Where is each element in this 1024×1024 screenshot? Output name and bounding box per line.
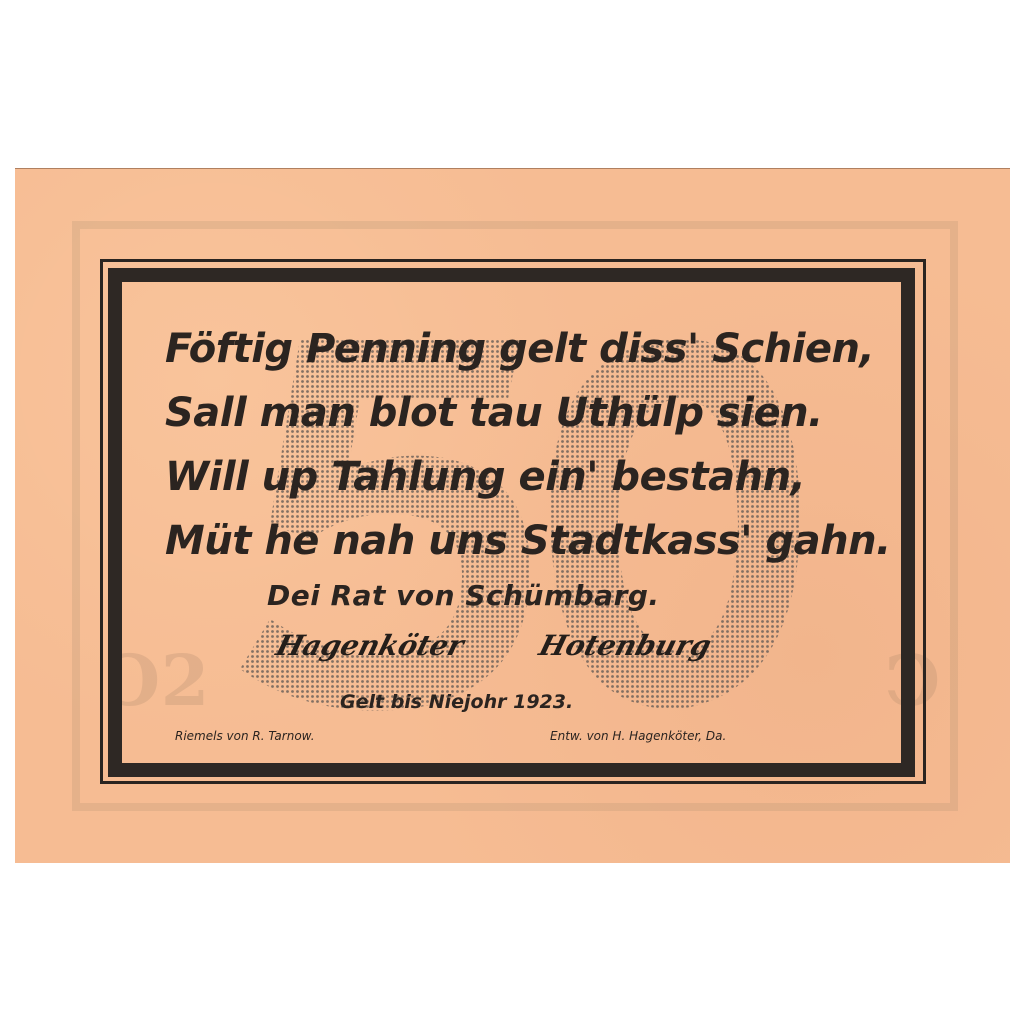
notgeld-banknote: Ↄ2 Ↄ Föftig Penning gelt diss' Schien, S… — [15, 168, 1010, 863]
verse-author-credit: Riemels von R. Tarnow. — [175, 729, 315, 743]
verse-line-2: Sall man blot tau Uthülp sien. — [165, 381, 885, 445]
verse-line-3: Will up Tahlung ein' bestahn, — [165, 445, 885, 509]
signature-right: Hotenburg — [536, 629, 715, 662]
verse-line-1: Föftig Penning gelt diss' Schien, — [165, 317, 885, 381]
verse-block: Föftig Penning gelt diss' Schien, Sall m… — [165, 317, 885, 573]
verse-line-4: Müt he nah uns Stadtkass' gahn. — [165, 509, 885, 573]
designer-credit: Entw. von H. Hagenköter, Da. — [550, 729, 726, 743]
validity-date: Gelt bis Niejohr 1923. — [340, 691, 573, 713]
signature-left: Hagenköter — [273, 629, 468, 662]
issuer-line: Dei Rat von Schümbarg. — [267, 579, 660, 612]
